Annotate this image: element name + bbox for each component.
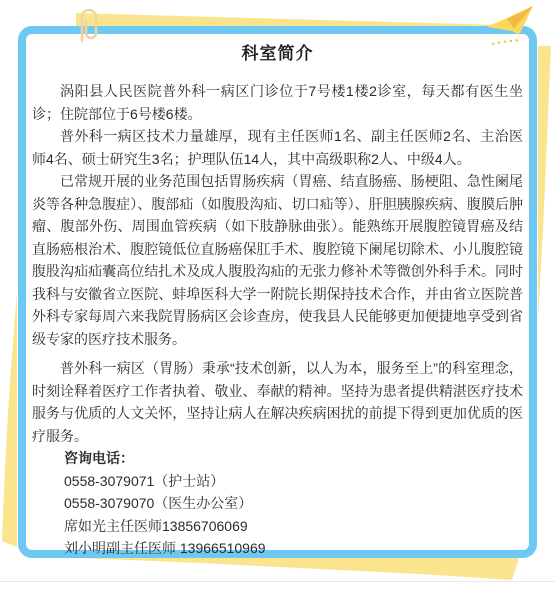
contact-line-doctor-office: 0558-3079070（医生办公室） <box>64 492 523 515</box>
paragraph-staff: 普外科一病区技术力量雄厚，现有主任医师1名、副主任医师2名、主治医师4名、硕士研… <box>32 125 523 170</box>
bottom-shadow-shape <box>57 557 519 580</box>
contact-block: 咨询电话： 0558-3079071（护士站） 0558-3079070（医生办… <box>64 447 523 560</box>
right-accent-strip <box>538 46 551 320</box>
paragraph-philosophy: 普外科一病区（胃肠）秉承“技术创新，以人为本，服务至上”的科室理念，时刻诠释着医… <box>32 357 523 447</box>
content-frame: 科室简介 涡阳县人民医院普外科一病区门诊位于7号楼1楼2诊室，每天都有医生坐诊；… <box>18 26 537 558</box>
content-area: 科室简介 涡阳县人民医院普外科一病区门诊位于7号楼1楼2诊室，每天都有医生坐诊；… <box>26 34 529 560</box>
contact-line-deputy-chief-physician: 刘小明副主任医师 13966510969 <box>64 537 523 560</box>
left-accent-swoosh <box>2 292 17 547</box>
paragraph-location: 涡阳县人民医院普外科一病区门诊位于7号楼1楼2诊室，每天都有医生坐诊；住院部位于… <box>32 80 523 125</box>
page-title: 科室简介 <box>32 42 523 66</box>
divider-line <box>0 581 555 582</box>
department-intro-card: 科室简介 涡阳县人民医院普外科一病区门诊位于7号楼1楼2诊室，每天都有医生坐诊；… <box>0 0 555 589</box>
contact-line-chief-physician: 席如光主任医师13856706069 <box>64 515 523 538</box>
contact-label: 咨询电话： <box>64 447 523 470</box>
contact-line-nurse-station: 0558-3079071（护士站） <box>64 470 523 493</box>
paragraph-services: 已常规开展的业务范围包括胃肠疾病（胃癌、结直肠癌、肠梗阻、急性阑尾炎等各种急腹症… <box>32 170 523 350</box>
